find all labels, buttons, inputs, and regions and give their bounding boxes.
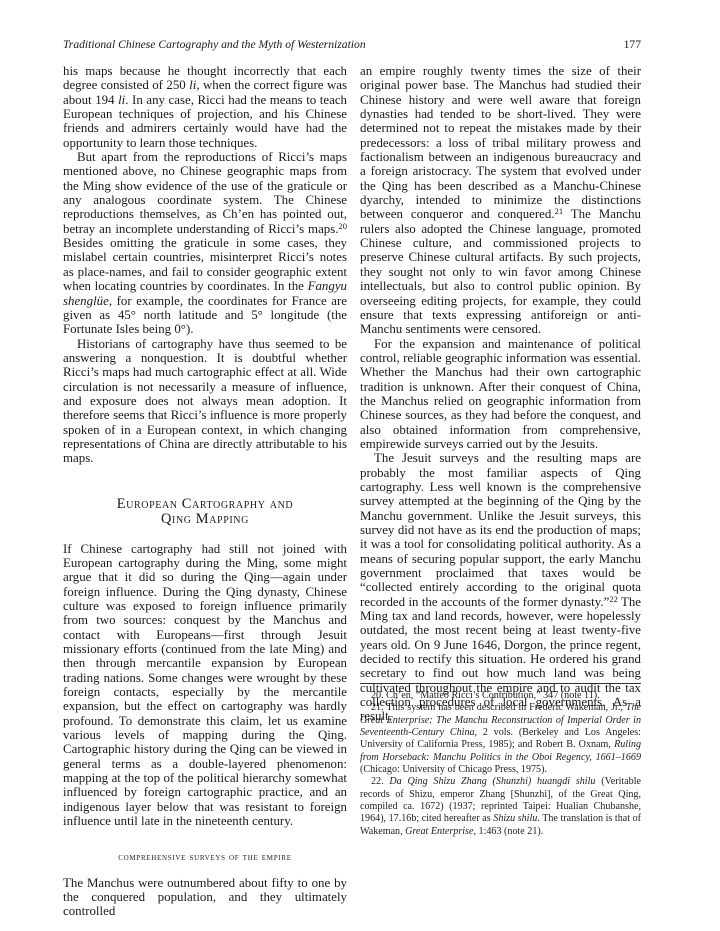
paragraph: For the expansion and maintenance of pol… bbox=[360, 337, 641, 452]
text: The Jesuit surveys and the resulting map… bbox=[360, 451, 641, 608]
footnote-ref-22[interactable]: 22 bbox=[609, 594, 618, 604]
italic-title: Da Qing Shizu Zhang (Shunzhi) huangdi sh… bbox=[389, 776, 595, 787]
footnotes: 20. Ch’en, “Matteo Ricci’s Contribution,… bbox=[360, 683, 641, 838]
right-column: an empire roughly twenty times the size … bbox=[360, 64, 641, 724]
text: 21. This system has been described in Fr… bbox=[371, 702, 626, 713]
page-number: 177 bbox=[624, 38, 641, 51]
text: an empire roughly twenty times the size … bbox=[360, 64, 641, 221]
text: But apart from the reproductions of Ricc… bbox=[63, 150, 347, 236]
section-heading-line2: Qing Mapping bbox=[63, 512, 347, 528]
section-heading: European Cartography and Qing Mapping bbox=[63, 497, 347, 528]
italic-title: Shizu shilu bbox=[493, 813, 537, 824]
footnote-22: 22. Da Qing Shizu Zhang (Shunzhi) huangd… bbox=[360, 776, 641, 838]
text: The Manchu rulers also adopted the Chine… bbox=[360, 207, 641, 336]
subsection-heading: comprehensive surveys of the empire bbox=[63, 851, 347, 865]
text: 22. bbox=[371, 776, 389, 787]
footnote-21: 21. This system has been described in Fr… bbox=[360, 702, 641, 776]
footnote-ref-21[interactable]: 21 bbox=[555, 206, 564, 216]
paragraph: But apart from the reproductions of Ricc… bbox=[63, 150, 347, 336]
text: (Chicago: University of Chicago Press, 1… bbox=[360, 764, 547, 775]
running-head: Traditional Chinese Cartography and the … bbox=[63, 38, 641, 54]
paragraph: If Chinese cartography had still not joi… bbox=[63, 542, 347, 829]
section-heading-line1: European Cartography and bbox=[63, 497, 347, 513]
paragraph: Historians of cartography have thus seem… bbox=[63, 337, 347, 466]
running-head-title: Traditional Chinese Cartography and the … bbox=[63, 38, 366, 51]
paragraph: his maps because he thought incorrectly … bbox=[63, 64, 347, 150]
text: , 1:463 (note 21). bbox=[473, 826, 543, 837]
left-column: his maps because he thought incorrectly … bbox=[63, 64, 347, 919]
footnote-divider bbox=[360, 683, 641, 684]
paragraph: The Manchus were outnumbered about fifty… bbox=[63, 876, 347, 919]
italic-title: Great Enterprise bbox=[405, 826, 473, 837]
footnote-20: 20. Ch’en, “Matteo Ricci’s Contribution,… bbox=[360, 690, 641, 702]
footnote-ref-20[interactable]: 20 bbox=[339, 221, 348, 231]
text: Besides omitting the graticule in some c… bbox=[63, 236, 347, 293]
paragraph: an empire roughly twenty times the size … bbox=[360, 64, 641, 337]
